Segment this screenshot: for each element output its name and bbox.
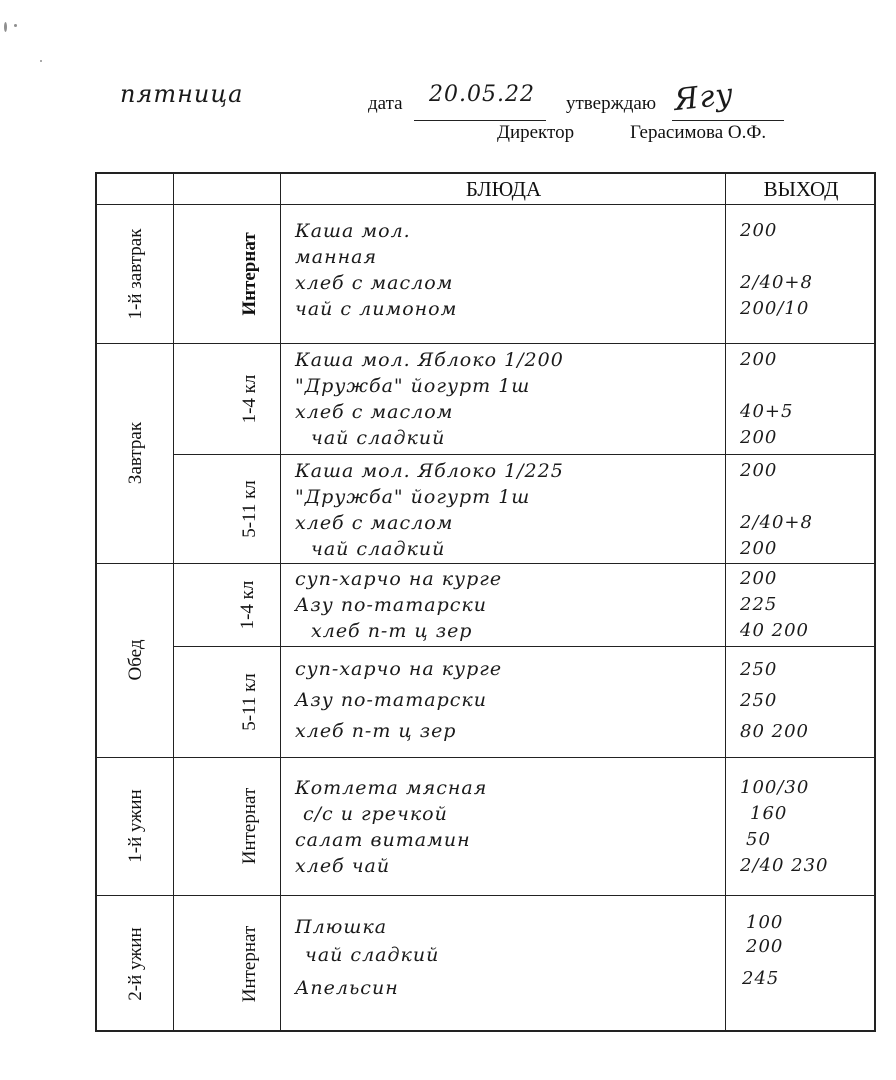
group-label: Интернат: [239, 925, 261, 1002]
dish: суп-харчо на курге: [295, 654, 714, 685]
dishes-cell: Каша мол. манная хлеб с маслом чай с лим…: [281, 204, 726, 343]
scan-speck: [14, 24, 17, 27]
group-cell: Интернат: [174, 895, 281, 1032]
header-dishes: БЛЮДА: [281, 174, 726, 204]
output-value: 250: [726, 654, 876, 685]
header-meal-col: [97, 174, 174, 204]
meal-label: Обед: [125, 640, 147, 681]
meal-label: 2-й ужин: [125, 927, 147, 1000]
output-value: 50: [726, 827, 876, 853]
signature-underline: [672, 120, 784, 121]
output-cell: 200 2/40+8 200/10: [726, 218, 876, 343]
dish: салат витамин: [295, 827, 714, 853]
output-value: 2/40+8: [726, 510, 876, 536]
date-label: дата: [368, 93, 403, 115]
dishes-cell: Каша мол. Яблоко 1/225 "Дружба" йогурт 1…: [281, 454, 726, 563]
output-value: [726, 484, 876, 510]
dish: чай сладкий: [295, 941, 714, 969]
group-cell: 5-11 кл: [174, 646, 281, 757]
output-cell: 200 225 40 200: [726, 566, 876, 646]
dish: чай с лимоном: [295, 296, 714, 322]
output-value: 80 200: [726, 716, 876, 747]
group-cell: 1-4 кл: [174, 343, 281, 454]
group-cell: Интернат: [174, 204, 281, 343]
dish: Каша мол.: [295, 218, 714, 244]
dish: Каша мол. Яблоко 1/225: [295, 458, 714, 484]
dish: Котлета мясная: [295, 775, 714, 801]
output-value: [726, 373, 876, 399]
dish: манная: [295, 244, 714, 270]
date-value: 20.05.22: [420, 82, 544, 107]
dishes-cell: Котлета мясная с/с и гречкой салат витам…: [281, 757, 726, 895]
output-value: 200: [726, 458, 876, 484]
dish: Плюшка: [295, 913, 714, 941]
group-cell: 5-11 кл: [174, 454, 281, 563]
output-value: 200: [726, 935, 876, 959]
menu-table: БЛЮДА ВЫХОД 1-й завтрак Интернат Каша мо…: [95, 172, 876, 1032]
header-group-col: [174, 174, 281, 204]
output-value: 40+5: [726, 399, 876, 425]
dish: хлеб п-т ц зер: [295, 618, 714, 644]
dish: Азу по-татарски: [295, 685, 714, 716]
meal-label: Завтрак: [125, 422, 147, 484]
group-label: 1-4 кл: [237, 580, 259, 630]
dish: хлеб с маслом: [295, 270, 714, 296]
director-label: Директор: [497, 122, 574, 144]
output-cell: 200 40+5 200: [726, 347, 876, 454]
scan-speck: [40, 60, 42, 62]
group-label: 5-11 кл: [239, 480, 261, 538]
output-value: 250: [726, 685, 876, 716]
meal-label: 1-й завтрак: [125, 224, 147, 324]
output-value: 160: [726, 801, 876, 827]
meal-cell-first-breakfast: 1-й завтрак: [97, 204, 174, 343]
output-cell: 250 250 80 200: [726, 654, 876, 757]
dish: Каша мол. Яблоко 1/200: [295, 347, 714, 373]
output-value: 245: [726, 959, 876, 999]
output-value: 200: [726, 566, 876, 592]
group-label: Интернат: [239, 232, 261, 315]
output-cell: 100/30 160 50 2/40 230: [726, 775, 876, 895]
output-value: 100/30: [726, 775, 876, 801]
meal-cell-breakfast: Завтрак: [97, 343, 174, 563]
output-value: 40 200: [726, 618, 876, 644]
group-cell: 1-4 кл: [174, 563, 281, 646]
group-label: Интернат: [239, 788, 261, 865]
meal-cell-first-dinner: 1-й ужин: [97, 757, 174, 895]
dish: с/с и гречкой: [295, 801, 714, 827]
meal-cell-second-dinner: 2-й ужин: [97, 895, 174, 1032]
date-underline: [414, 120, 546, 121]
output-value: 200: [726, 536, 876, 562]
output-value: 2/40+8: [726, 270, 876, 296]
dish: чай сладкий: [295, 536, 714, 562]
output-cell: 100 200 245: [726, 911, 876, 1032]
dish: хлеб чай: [295, 853, 714, 879]
group-label: 5-11 кл: [239, 673, 261, 731]
dish: Азу по-татарски: [295, 592, 714, 618]
dishes-cell: суп-харчо на курге Азу по-татарски хлеб …: [281, 563, 726, 646]
output-value: 200: [726, 425, 876, 451]
dishes-cell: Плюшка чай сладкий Апельсин: [281, 895, 726, 1032]
director-signature: Ягу: [672, 77, 735, 118]
dishes-cell: суп-харчо на курге Азу по-татарски хлеб …: [281, 646, 726, 757]
scan-speck: [4, 22, 7, 32]
output-value: 200: [726, 218, 876, 244]
output-value: 200/10: [726, 296, 876, 322]
output-value: 200: [726, 347, 876, 373]
output-value: 2/40 230: [726, 853, 876, 879]
dishes-cell: Каша мол. Яблоко 1/200 "Дружба" йогурт 1…: [281, 343, 726, 454]
dish: чай сладкий: [295, 425, 714, 451]
dish: хлеб п-т ц зер: [295, 716, 714, 747]
output-cell: 200 2/40+8 200: [726, 458, 876, 563]
group-cell: Интернат: [174, 757, 281, 895]
dish: Апельсин: [295, 969, 714, 1007]
header-output: ВЫХОД: [726, 174, 876, 204]
dish: суп-харчо на курге: [295, 566, 714, 592]
dish: "Дружба" йогурт 1ш: [295, 373, 714, 399]
director-name: Герасимова О.Ф.: [630, 122, 766, 144]
output-value: 100: [726, 911, 876, 935]
weekday: пятница: [120, 80, 243, 108]
dish: "Дружба" йогурт 1ш: [295, 484, 714, 510]
approve-label: утверждаю: [566, 93, 656, 115]
meal-cell-lunch: Обед: [97, 563, 174, 757]
output-value: 225: [726, 592, 876, 618]
dish: хлеб с маслом: [295, 399, 714, 425]
output-value: [726, 244, 876, 270]
dish: хлеб с маслом: [295, 510, 714, 536]
meal-label: 1-й ужин: [125, 789, 147, 862]
group-label: 1-4 кл: [239, 374, 261, 423]
